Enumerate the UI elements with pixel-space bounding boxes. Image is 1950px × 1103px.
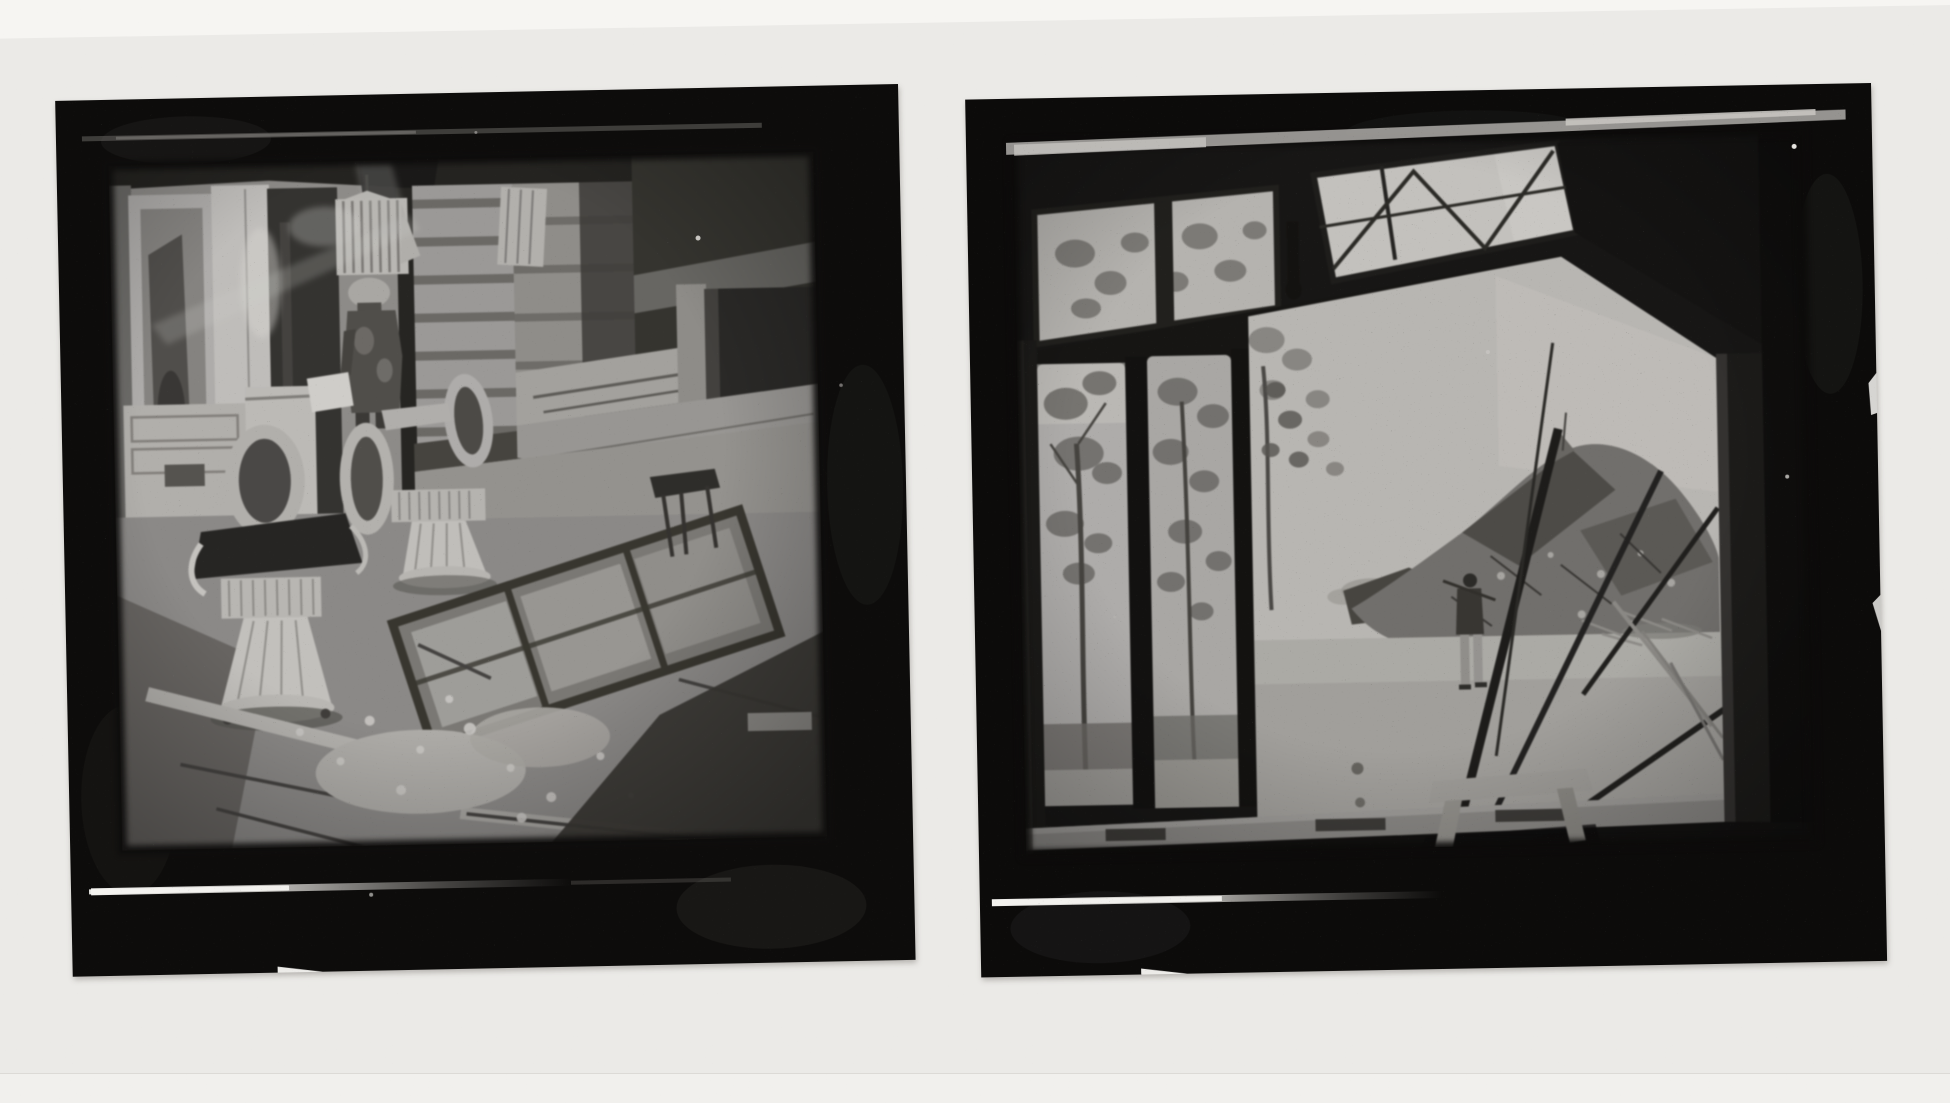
paper-bottom-edge <box>0 1073 1950 1103</box>
film-grain-dark-overlay <box>965 83 1887 977</box>
right-photo-print: Collapsed building seen through a shop w… <box>965 83 1887 977</box>
window-rubble-photo: Collapsed building seen through a shop w… <box>965 83 1887 977</box>
paper-top-edge <box>0 0 1950 42</box>
barbershop-photo: Wrecked barbershop interior <box>55 84 915 977</box>
film-grain-dark-overlay <box>55 84 915 977</box>
scanned-album-page: Wrecked barbershop interior <box>0 0 1950 1103</box>
left-photo-print: Wrecked barbershop interior <box>55 84 915 977</box>
